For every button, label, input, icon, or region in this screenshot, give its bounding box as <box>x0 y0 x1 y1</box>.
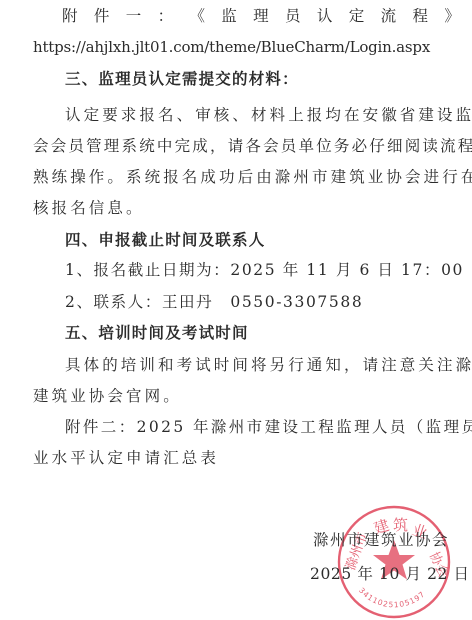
attachment-one-title: 附 件 一 ： 《 监 理 员 认 定 流 程 》 <box>62 6 460 26</box>
signature-date: 2025 年 10 月 22 日 <box>310 562 470 584</box>
title-char: 认 <box>317 6 333 26</box>
paragraph-line: 具体的培训和考试时间将另行通知，请注意关注滁州市 <box>65 355 472 375</box>
attachment-two-line: 业水平认定申请汇总表 <box>33 448 219 468</box>
signature-organization: 滁州市建筑业协会 <box>313 528 449 550</box>
deadline-item: 1、报名截止日期为：2025 年 11 月 6 日 17：00 <box>65 260 464 280</box>
title-char: 员 <box>285 6 301 26</box>
title-char: 定 <box>349 6 365 26</box>
section-three-heading: 三、监理员认定需提交的材料： <box>65 69 299 89</box>
paragraph-line: 认定要求报名、审核、材料上报均在安徽省建设监理协 <box>65 105 472 125</box>
title-char: 件 <box>94 6 110 26</box>
paragraph-line: 核报名信息。 <box>33 198 145 218</box>
title-char: 监 <box>221 6 237 26</box>
title-char: 一 <box>126 6 142 26</box>
title-char: ： <box>158 6 174 26</box>
paragraph-line: 熟练操作。系统报名成功后由滁州市建筑业协会进行在线审 <box>33 167 472 187</box>
title-char: 流 <box>381 6 397 26</box>
title-char: 程 <box>412 6 428 26</box>
paragraph-line: 会会员管理系统中完成，请各会员单位务必仔细阅读流程， <box>33 136 472 156</box>
section-five-heading: 五、培训时间及考试时间 <box>65 323 249 343</box>
title-char: 》 <box>444 6 460 26</box>
section-four-heading: 四、申报截止时间及联系人 <box>65 230 265 250</box>
paragraph-line: 建筑业协会官网。 <box>33 386 182 406</box>
seal-code: 3411025105197 <box>357 586 427 610</box>
svg-text:3411025105197: 3411025105197 <box>357 586 427 610</box>
title-char: 附 <box>62 6 78 26</box>
title-char: 《 <box>189 6 205 26</box>
attachment-one-url[interactable]: https://ahjlxh.jlt01.com/theme/BlueCharm… <box>33 37 430 57</box>
title-char: 理 <box>253 6 269 26</box>
contact-item: 2、联系人：王田丹 0550-3307588 <box>65 292 363 312</box>
attachment-two-line: 附件二：2025 年滁州市建设工程监理人员（监理员）从 <box>65 417 472 437</box>
